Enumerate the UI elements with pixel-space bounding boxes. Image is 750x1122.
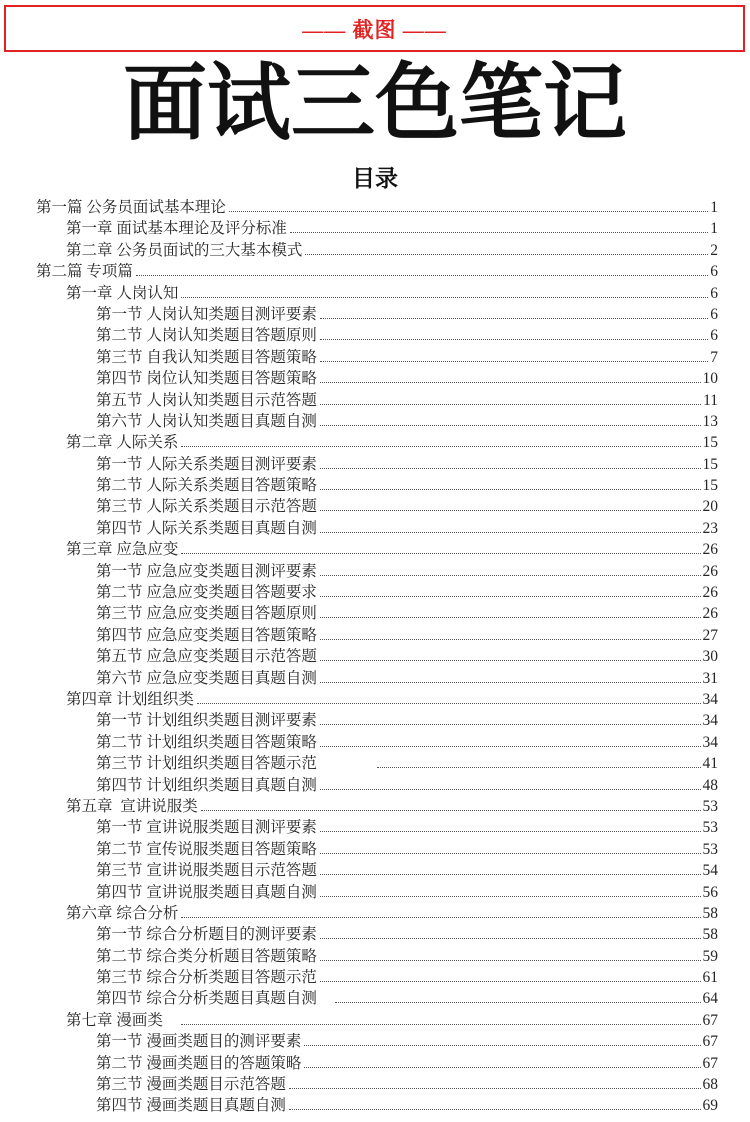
toc-entry-page: 30 xyxy=(703,646,719,667)
toc-entry-label: 第五章 宣讲说服类 xyxy=(66,796,198,817)
toc-dot-leader xyxy=(320,660,701,661)
toc-entry: 第一篇 公务员面试基本理论1 xyxy=(36,197,718,218)
toc-entry-page: 53 xyxy=(703,796,719,817)
toc-entry: 第四节 人际关系类题目真题自测23 xyxy=(36,518,718,539)
toc-entry-page: 13 xyxy=(703,411,719,432)
toc-entry-page: 2 xyxy=(710,240,718,261)
toc-entry: 第二节 漫画类题目的答题策略67 xyxy=(36,1053,718,1074)
toc-entry-label: 第二节 宣传说服类题目答题策略 xyxy=(96,839,317,860)
toc-entry-page: 41 xyxy=(703,753,719,774)
toc-entry-label: 第七章 漫画类 xyxy=(66,1010,163,1031)
toc-entry-page: 61 xyxy=(703,967,719,988)
toc-dot-leader xyxy=(320,596,701,597)
toc-entry: 第一节 漫画类题目的测评要素67 xyxy=(36,1031,718,1052)
toc-dot-leader xyxy=(320,853,701,854)
toc-entry-label: 第二节 人岗认知类题目答题原则 xyxy=(96,325,317,346)
toc-dot-leader xyxy=(320,617,701,618)
toc-dot-leader xyxy=(320,960,701,961)
toc-entry: 第七章 漫画类67 xyxy=(36,1010,718,1031)
toc-entry-page: 6 xyxy=(710,261,718,282)
toc-dot-leader xyxy=(289,1109,701,1110)
toc-entry-label: 第六节 应急应变类题目真题自测 xyxy=(96,668,317,689)
toc-entry: 第二节 人岗认知类题目答题原则6 xyxy=(36,325,718,346)
toc-dot-leader xyxy=(320,532,701,533)
screenshot-banner-label: —— 截图 —— xyxy=(302,14,447,44)
toc-entry: 第六节 应急应变类题目真题自测31 xyxy=(36,668,718,689)
toc-list: 第一篇 公务员面试基本理论1第一章 面试基本理论及评分标准1第二章 公务员面试的… xyxy=(36,197,718,1117)
toc-dot-leader xyxy=(181,1024,701,1025)
toc-entry: 第一节 应急应变类题目测评要素26 xyxy=(36,561,718,582)
toc-dot-leader xyxy=(320,382,701,383)
toc-entry: 第一节 综合分析题目的测评要素58 xyxy=(36,924,718,945)
toc-entry: 第一节 人岗认知类题目测评要素6 xyxy=(36,304,718,325)
toc-dot-leader xyxy=(304,1045,700,1046)
toc-entry-page: 67 xyxy=(703,1010,719,1031)
toc-dot-leader xyxy=(197,703,701,704)
toc-entry-label: 第三节 计划组织类题目答题示范 xyxy=(96,753,317,774)
toc-entry-page: 67 xyxy=(703,1053,719,1074)
toc-dot-leader xyxy=(320,404,701,405)
toc-entry-label: 第二节 计划组织类题目答题策略 xyxy=(96,732,317,753)
toc-entry-page: 27 xyxy=(703,625,719,646)
toc-entry-page: 26 xyxy=(703,603,719,624)
toc-entry-label: 第四章 计划组织类 xyxy=(66,689,194,710)
toc-dot-leader xyxy=(320,339,708,340)
toc-entry-page: 26 xyxy=(703,561,719,582)
toc-entry-page: 15 xyxy=(703,432,719,453)
toc-entry: 第四节 应急应变类题目答题策略27 xyxy=(36,625,718,646)
toc-entry: 第五章 宣讲说服类53 xyxy=(36,796,718,817)
toc-dot-leader xyxy=(320,639,701,640)
toc-entry: 第四节 漫画类题目真题自测69 xyxy=(36,1095,718,1116)
toc-entry: 第二章 人际关系15 xyxy=(36,432,718,453)
toc-entry: 第一节 宣讲说服类题目测评要素53 xyxy=(36,817,718,838)
toc-entry-page: 54 xyxy=(703,860,719,881)
toc-entry-page: 68 xyxy=(703,1074,719,1095)
toc-entry-page: 6 xyxy=(710,304,718,325)
toc-entry-label: 第一篇 公务员面试基本理论 xyxy=(36,197,226,218)
toc-entry: 第五节 应急应变类题目示范答题30 xyxy=(36,646,718,667)
toc-dot-leader xyxy=(181,553,700,554)
toc-dot-leader xyxy=(304,1067,700,1068)
toc-dot-leader xyxy=(305,254,708,255)
toc-dot-leader xyxy=(320,938,701,939)
toc-entry-label: 第三节 综合分析类题目答题示范 xyxy=(96,967,317,988)
toc-entry-label: 第三节 应急应变类题目答题原则 xyxy=(96,603,317,624)
toc-dot-leader xyxy=(181,446,700,447)
toc-entry-label: 第四节 计划组织类题目真题自测 xyxy=(96,775,317,796)
toc-dot-leader xyxy=(181,297,708,298)
toc-entry: 第四节 岗位认知类题目答题策略10 xyxy=(36,368,718,389)
toc-dot-leader xyxy=(320,682,701,683)
toc-dot-leader xyxy=(320,831,701,832)
toc-entry: 第五节 人岗认知类题目示范答题11 xyxy=(36,390,718,411)
toc-entry-page: 53 xyxy=(703,839,719,860)
toc-entry: 第一节 计划组织类题目测评要素34 xyxy=(36,710,718,731)
toc-entry: 第二篇 专项篇6 xyxy=(36,261,718,282)
toc-entry: 第六节 人岗认知类题目真题自测13 xyxy=(36,411,718,432)
toc-entry-label: 第一节 人岗认知类题目测评要素 xyxy=(96,304,317,325)
document-page: —— 截图 —— 面试三色笔记 目录 第一篇 公务员面试基本理论1第一章 面试基… xyxy=(0,0,750,1122)
toc-entry: 第一章 面试基本理论及评分标准1 xyxy=(36,218,718,239)
toc-entry-page: 11 xyxy=(703,390,718,411)
toc-entry-page: 31 xyxy=(703,668,719,689)
toc-entry: 第二节 计划组织类题目答题策略34 xyxy=(36,732,718,753)
toc-entry-label: 第五节 应急应变类题目示范答题 xyxy=(96,646,317,667)
toc-dot-leader xyxy=(320,425,701,426)
toc-entry-label: 第四节 宣讲说服类题目真题自测 xyxy=(96,882,317,903)
toc-entry-label: 第二节 综合类分析题目答题策略 xyxy=(96,946,317,967)
toc-entry: 第三节 人际关系类题目示范答题20 xyxy=(36,496,718,517)
toc-entry-label: 第一节 漫画类题目的测评要素 xyxy=(96,1031,301,1052)
toc-entry-page: 1 xyxy=(710,218,718,239)
toc-entry-page: 1 xyxy=(710,197,718,218)
toc-entry: 第三节 漫画类题目示范答题68 xyxy=(36,1074,718,1095)
toc-entry-page: 59 xyxy=(703,946,719,967)
toc-entry-page: 56 xyxy=(703,882,719,903)
toc-entry-label: 第三节 自我认知类题目答题策略 xyxy=(96,347,317,368)
toc-dot-leader xyxy=(320,896,701,897)
toc-dot-leader xyxy=(320,789,701,790)
toc-entry: 第三节 应急应变类题目答题原则26 xyxy=(36,603,718,624)
toc-dot-leader xyxy=(290,232,708,233)
toc-entry-label: 第一节 宣讲说服类题目测评要素 xyxy=(96,817,317,838)
toc-entry: 第四节 宣讲说服类题目真题自测56 xyxy=(36,882,718,903)
toc-entry: 第二节 人际关系类题目答题策略15 xyxy=(36,475,718,496)
toc-entry-label: 第五节 人岗认知类题目示范答题 xyxy=(96,390,317,411)
toc-dot-leader xyxy=(320,746,701,747)
toc-entry: 第二节 综合类分析题目答题策略59 xyxy=(36,946,718,967)
toc-entry-label: 第四节 综合分析类题目真题自测 xyxy=(96,988,317,1009)
toc-dot-leader xyxy=(335,1002,701,1003)
toc-entry: 第一节 人际关系类题目测评要素15 xyxy=(36,454,718,475)
toc-entry-label: 第三节 人际关系类题目示范答题 xyxy=(96,496,317,517)
toc-entry: 第六章 综合分析58 xyxy=(36,903,718,924)
toc-entry-page: 69 xyxy=(703,1095,719,1116)
toc-entry-page: 67 xyxy=(703,1031,719,1052)
toc-entry-label: 第三章 应急应变 xyxy=(66,539,178,560)
toc-dot-leader xyxy=(320,874,701,875)
toc-entry-page: 34 xyxy=(703,732,719,753)
toc-dot-leader xyxy=(320,510,701,511)
toc-entry-label: 第一章 面试基本理论及评分标准 xyxy=(66,218,287,239)
toc-entry-page: 23 xyxy=(703,518,719,539)
toc-entry-label: 第三节 宣讲说服类题目示范答题 xyxy=(96,860,317,881)
toc-entry-label: 第一节 人际关系类题目测评要素 xyxy=(96,454,317,475)
toc-entry: 第一章 人岗认知6 xyxy=(36,283,718,304)
toc-heading: 目录 xyxy=(0,160,750,193)
toc-entry-label: 第四节 漫画类题目真题自测 xyxy=(96,1095,286,1116)
toc-entry-page: 6 xyxy=(710,325,718,346)
toc-entry-page: 20 xyxy=(703,496,719,517)
toc-entry-label: 第四节 岗位认知类题目答题策略 xyxy=(96,368,317,389)
toc-entry-page: 10 xyxy=(703,368,719,389)
toc-entry-label: 第二章 人际关系 xyxy=(66,432,178,453)
toc-entry-label: 第三节 漫画类题目示范答题 xyxy=(96,1074,286,1095)
toc-entry-page: 58 xyxy=(703,903,719,924)
toc-entry-label: 第六节 人岗认知类题目真题自测 xyxy=(96,411,317,432)
toc-entry: 第四节 综合分析类题目真题自测64 xyxy=(36,988,718,1009)
toc-entry-page: 58 xyxy=(703,924,719,945)
toc-entry-page: 26 xyxy=(703,539,719,560)
toc-entry-label: 第二章 公务员面试的三大基本模式 xyxy=(66,240,302,261)
toc-dot-leader xyxy=(320,361,708,362)
toc-entry: 第三章 应急应变26 xyxy=(36,539,718,560)
toc-entry: 第三节 自我认知类题目答题策略7 xyxy=(36,347,718,368)
screenshot-banner: —— 截图 —— xyxy=(4,5,745,52)
toc-entry-page: 53 xyxy=(703,817,719,838)
toc-dot-leader xyxy=(229,211,708,212)
toc-entry-page: 64 xyxy=(703,988,719,1009)
toc-entry-label: 第四节 应急应变类题目答题策略 xyxy=(96,625,317,646)
toc-dot-leader xyxy=(201,810,701,811)
toc-entry: 第二节 应急应变类题目答题要求26 xyxy=(36,582,718,603)
toc-entry-label: 第二节 应急应变类题目答题要求 xyxy=(96,582,317,603)
toc-entry-page: 15 xyxy=(703,454,719,475)
toc-entry-label: 第二篇 专项篇 xyxy=(36,261,133,282)
toc-dot-leader xyxy=(320,318,708,319)
toc-dot-leader xyxy=(377,767,701,768)
toc-entry: 第三节 计划组织类题目答题示范41 xyxy=(36,753,718,774)
toc-entry-label: 第二节 漫画类题目的答题策略 xyxy=(96,1053,301,1074)
toc-entry-label: 第一节 综合分析题目的测评要素 xyxy=(96,924,317,945)
toc-dot-leader xyxy=(181,917,700,918)
toc-entry: 第二节 宣传说服类题目答题策略53 xyxy=(36,839,718,860)
toc-entry-page: 26 xyxy=(703,582,719,603)
toc-entry: 第四章 计划组织类34 xyxy=(36,689,718,710)
toc-entry-page: 48 xyxy=(703,775,719,796)
toc-entry: 第二章 公务员面试的三大基本模式2 xyxy=(36,240,718,261)
toc-entry-page: 7 xyxy=(710,347,718,368)
toc-entry-label: 第一章 人岗认知 xyxy=(66,283,178,304)
toc-entry-label: 第一节 应急应变类题目测评要素 xyxy=(96,561,317,582)
toc-dot-leader xyxy=(136,275,708,276)
toc-dot-leader xyxy=(320,575,701,576)
toc-dot-leader xyxy=(289,1088,701,1089)
toc-entry-label: 第一节 计划组织类题目测评要素 xyxy=(96,710,317,731)
toc-dot-leader xyxy=(320,468,701,469)
toc-entry-page: 15 xyxy=(703,475,719,496)
toc-entry-label: 第六章 综合分析 xyxy=(66,903,178,924)
toc-entry-label: 第二节 人际关系类题目答题策略 xyxy=(96,475,317,496)
toc-dot-leader xyxy=(320,489,701,490)
toc-entry-label: 第四节 人际关系类题目真题自测 xyxy=(96,518,317,539)
toc-entry: 第三节 宣讲说服类题目示范答题54 xyxy=(36,860,718,881)
toc-entry-page: 34 xyxy=(703,710,719,731)
toc-entry-page: 6 xyxy=(710,283,718,304)
toc-dot-leader xyxy=(320,724,701,725)
toc-entry-page: 34 xyxy=(703,689,719,710)
toc-entry: 第三节 综合分析类题目答题示范61 xyxy=(36,967,718,988)
page-title: 面试三色笔记 xyxy=(0,55,750,155)
toc-dot-leader xyxy=(320,981,701,982)
toc-entry: 第四节 计划组织类题目真题自测48 xyxy=(36,775,718,796)
